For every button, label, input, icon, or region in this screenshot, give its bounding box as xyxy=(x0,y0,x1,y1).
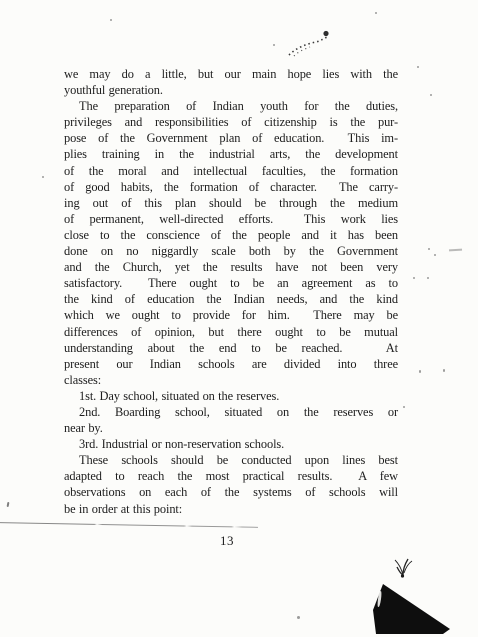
text-line: of the moral and intellectual faculties,… xyxy=(64,163,398,179)
text-line: 3rd. Industrial or non-reservation schoo… xyxy=(64,436,398,452)
text-line: 1st. Day school, situated on the reserve… xyxy=(64,388,398,404)
text-line: close to the conscience of the people an… xyxy=(64,227,398,243)
footer-rule xyxy=(0,522,258,528)
ink-speck xyxy=(430,94,432,96)
ink-speck xyxy=(419,370,421,373)
text-line: of good habits, the formation of charact… xyxy=(64,179,398,195)
text-line: ing out of this plan should be through t… xyxy=(64,195,398,211)
text-line: observations on each of the systems of s… xyxy=(64,484,398,500)
text-line: classes: xyxy=(64,372,398,388)
text-line: privileges and responsibilities of citiz… xyxy=(64,114,398,130)
text-line: pose of the Government plan of education… xyxy=(64,130,398,146)
ink-speck xyxy=(375,12,377,14)
ink-speck xyxy=(110,19,112,21)
ink-speck xyxy=(434,254,436,256)
page-number: 13 xyxy=(60,533,394,549)
ink-speck xyxy=(443,369,445,372)
ink-scribble-icon xyxy=(286,30,334,58)
page-corner-shadow xyxy=(373,583,450,634)
scanned-page: we may do a little, but our main hope li… xyxy=(0,0,478,637)
text-line: differences of opinion, but there ought … xyxy=(64,324,398,340)
ink-speck xyxy=(413,277,415,279)
text-line: adapted to reach the most practical resu… xyxy=(64,468,398,484)
text-line: These schools should be conducted upon l… xyxy=(64,452,398,468)
ink-speck xyxy=(403,406,405,408)
text-line: satisfactory. There ought to be an agree… xyxy=(64,275,398,291)
text-line: The preparation of Indian youth for the … xyxy=(64,98,398,114)
ink-speck xyxy=(273,44,275,46)
text-line: plies training in the industrial arts, t… xyxy=(64,146,398,162)
ink-speck xyxy=(7,502,10,507)
text-line: we may do a little, but our main hope li… xyxy=(64,66,398,82)
text-line: present our Indian schools are divided i… xyxy=(64,356,398,372)
text-line: youthful generation. xyxy=(64,82,398,98)
text-line: understanding about the end to be reache… xyxy=(64,340,398,356)
ink-dash xyxy=(449,249,462,251)
ink-speck xyxy=(417,66,419,68)
ink-speck xyxy=(428,248,430,250)
text-line: near by. xyxy=(64,420,398,436)
text-line: the kind of education the Indian needs, … xyxy=(64,291,398,307)
text-line: 2nd. Boarding school, situated on the re… xyxy=(64,404,398,420)
text-line: of permanent, well-directed efforts. Thi… xyxy=(64,211,398,227)
ink-speck xyxy=(42,176,44,178)
ink-speck xyxy=(427,277,429,279)
text-line: be in order at this point: xyxy=(64,501,398,517)
text-line: done on no niggardly scale both by the G… xyxy=(64,243,398,259)
ink-checkmark-icon xyxy=(391,552,413,580)
ink-speck xyxy=(297,616,300,619)
page-text: we may do a little, but our main hope li… xyxy=(64,66,398,517)
text-line: and the Church, yet the results have not… xyxy=(64,259,398,275)
text-line: which we ought to provide for him. There… xyxy=(64,307,398,323)
